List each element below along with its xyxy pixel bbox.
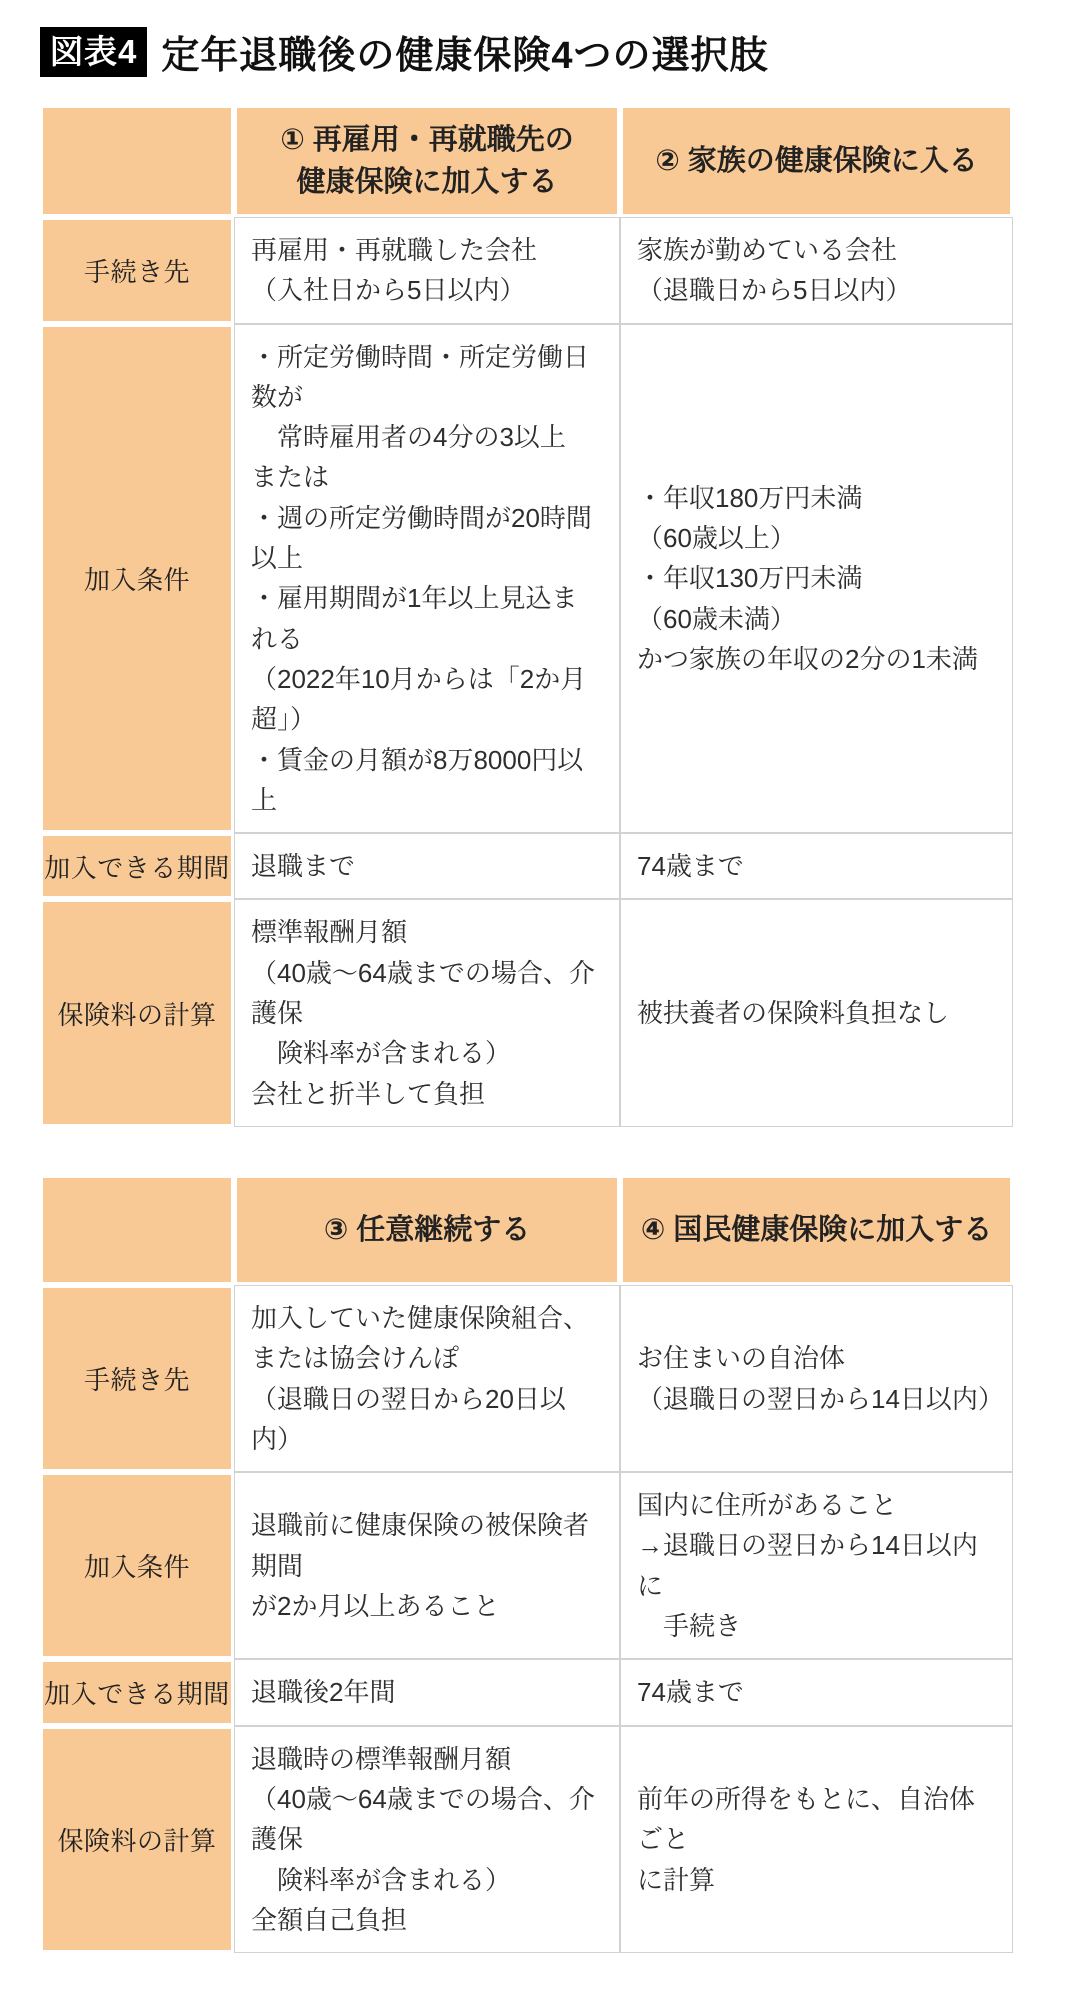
page-title: 定年退職後の健康保険4つの選択肢: [161, 24, 768, 79]
table-cell-procedure-option-2: 家族が勤めている会社 （退職日から5日以内）: [620, 217, 1013, 324]
corner-cell: [40, 1175, 234, 1285]
table-cell-procedure-option-4: お住まいの自治体 （退職日の翌日から14日以内）: [620, 1285, 1013, 1472]
table-cell-period-option-2: 74歳まで: [620, 833, 1013, 899]
column-header-option-2: ② 家族の健康保険に入る: [620, 105, 1013, 217]
corner-cell: [40, 105, 234, 217]
figure-number-tag: 図表4: [40, 27, 147, 77]
table-cell-conditions-option-3: 退職前に健康保険の被保険者期間 が2か月以上あること: [234, 1472, 620, 1659]
table-cell-conditions-option-1: ・所定労働時間・所定労働日数が 常時雇用者の4分の3以上 または ・週の所定労働…: [234, 324, 620, 834]
row-label-premium: 保険料の計算: [40, 1726, 234, 1953]
table-cell-conditions-option-4: 国内に住所があること →退職日の翌日から14日以内に 手続き: [620, 1472, 1013, 1659]
table-cell-premium-option-2: 被扶養者の保険料負担なし: [620, 899, 1013, 1126]
figure-container: 図表4 定年退職後の健康保険4つの選択肢 ① 再雇用・再就職先の 健康保険に加入…: [0, 0, 1080, 1993]
table-cell-period-option-3: 退職後2年間: [234, 1659, 620, 1725]
row-label-premium: 保険料の計算: [40, 899, 234, 1126]
table-cell-period-option-4: 74歳まで: [620, 1659, 1013, 1725]
row-label-procedure: 手続き先: [40, 1285, 234, 1472]
table-cell-procedure-option-1: 再雇用・再就職した会社 （入社日から5日以内）: [234, 217, 620, 324]
insurance-options-table-2: ③ 任意継続する ④ 国民健康保険に加入する 手続き先 加入していた健康保険組合…: [40, 1175, 1013, 1953]
table-cell-conditions-option-2: ・年収180万円未満 （60歳以上） ・年収130万円未満 （60歳未満） かつ…: [620, 324, 1013, 834]
row-label-conditions: 加入条件: [40, 1472, 234, 1659]
table-cell-premium-option-1: 標準報酬月額 （40歳～64歳までの場合、介護保 険料率が含まれる） 会社と折半…: [234, 899, 620, 1126]
table-cell-period-option-1: 退職まで: [234, 833, 620, 899]
figure-titlebar: 図表4 定年退職後の健康保険4つの選択肢: [40, 24, 1040, 79]
column-header-option-3: ③ 任意継続する: [234, 1175, 620, 1285]
row-label-period: 加入できる期間: [40, 1659, 234, 1725]
column-header-option-1: ① 再雇用・再就職先の 健康保険に加入する: [234, 105, 620, 217]
row-label-period: 加入できる期間: [40, 833, 234, 899]
row-label-conditions: 加入条件: [40, 324, 234, 834]
insurance-options-table-1: ① 再雇用・再就職先の 健康保険に加入する ② 家族の健康保険に入る 手続き先 …: [40, 105, 1013, 1127]
row-label-procedure: 手続き先: [40, 217, 234, 324]
column-header-option-4: ④ 国民健康保険に加入する: [620, 1175, 1013, 1285]
table-cell-premium-option-3: 退職時の標準報酬月額 （40歳～64歳までの場合、介護保 険料率が含まれる） 全…: [234, 1726, 620, 1953]
table-cell-premium-option-4: 前年の所得をもとに、自治体ごと に計算: [620, 1726, 1013, 1953]
table-cell-procedure-option-3: 加入していた健康保険組合、 または協会けんぽ （退職日の翌日から20日以内）: [234, 1285, 620, 1472]
